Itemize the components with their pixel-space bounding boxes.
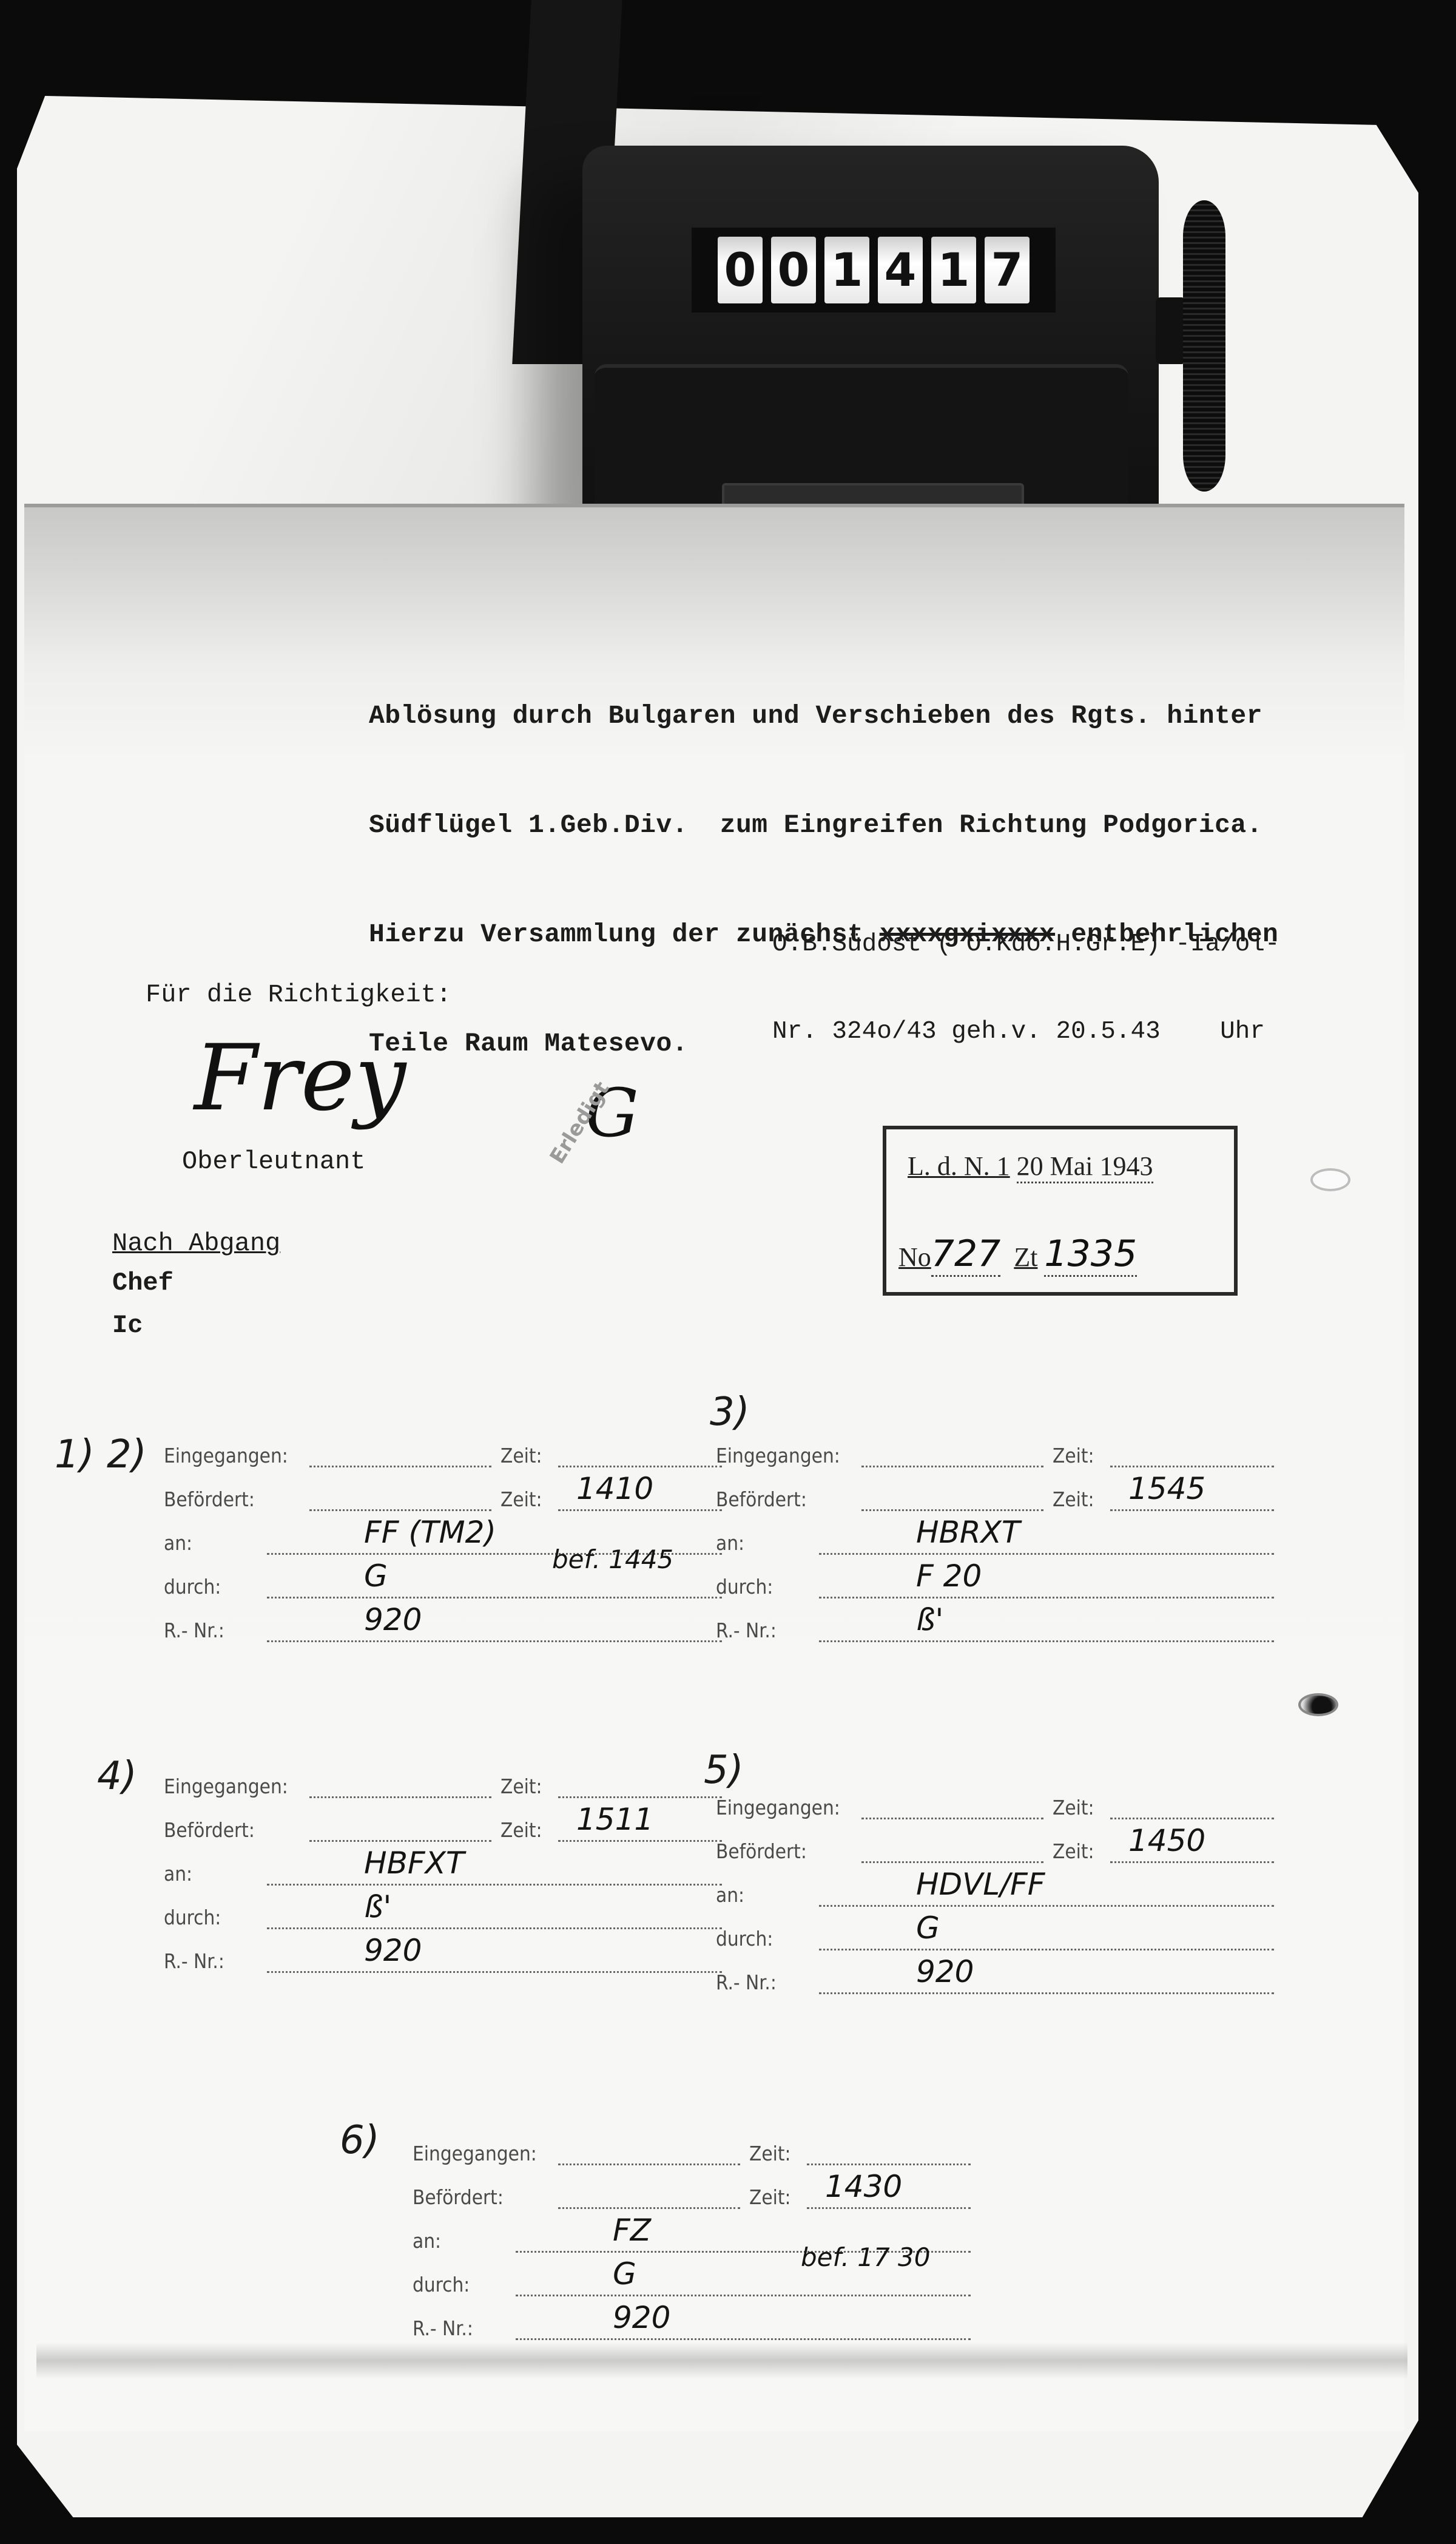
slip-label: Befördert:	[164, 1818, 255, 1842]
slip-row-rnr: R.- Nr.:920	[164, 1613, 728, 1649]
signature: Frey	[194, 1026, 406, 1131]
slip-rule	[309, 1466, 491, 1467]
stamp-date-row: L. d. N. 1 20 Mai 1943	[908, 1151, 1153, 1183]
slip-rule	[558, 2207, 740, 2209]
slip-value: 920	[364, 1602, 422, 1637]
punch-hole	[1298, 1693, 1338, 1716]
slip-rule	[267, 1884, 722, 1886]
slip-row-forwarded: Befördert:Zeit:1511	[164, 1813, 728, 1849]
routing-slip: Eingegangen:Zeit:Befördert:Zeit:1410an:F…	[164, 1438, 728, 1663]
slip-row-by: durch:F 20	[716, 1569, 1280, 1606]
counter-knob	[1183, 200, 1225, 492]
slip-value: ß'	[916, 1602, 943, 1637]
registry-stamp: L. d. N. 1 20 Mai 1943 No727 Zt 1335	[883, 1126, 1238, 1296]
slip-row-by: durch:ß'	[164, 1900, 728, 1937]
counter-digit: 0	[771, 237, 816, 303]
slip-rule	[309, 1509, 491, 1511]
slip-label: R.- Nr.:	[716, 1971, 777, 1994]
slip-number: 1) 2)	[55, 1432, 147, 1477]
attestation-label: Für die Richtigkeit:	[146, 980, 451, 1009]
slip-rule	[819, 1992, 1274, 1994]
slip-row-rnr: R.- Nr.:ß'	[716, 1613, 1280, 1649]
slip-value: HBFXT	[364, 1845, 464, 1881]
slip-label: R.- Nr.:	[716, 1619, 777, 1642]
slip-row-forwarded: Befördert:Zeit:1450	[716, 1834, 1280, 1870]
slip-value: 920	[916, 1954, 974, 1989]
stamp-zt-label: Zt	[1014, 1242, 1037, 1272]
slip-rule	[1110, 1509, 1274, 1511]
slip-time-label: Zeit:	[1053, 1487, 1094, 1511]
stamp-zt-value: 1335	[1044, 1233, 1137, 1277]
slip-number: 5)	[704, 1748, 744, 1793]
slip-number: 4)	[97, 1754, 137, 1799]
slip-rule	[819, 1553, 1274, 1555]
slip-value: 920	[613, 2300, 670, 2335]
counter-digit: 1	[931, 237, 976, 303]
slip-number: 6)	[340, 2118, 380, 2163]
slip-label: Befördert:	[164, 1487, 255, 1511]
slip-rule	[807, 2207, 971, 2209]
slip-row-by: durch:G	[413, 2267, 977, 2304]
slip-rule	[819, 1949, 1274, 1950]
slip-rule	[558, 1509, 722, 1511]
slip-rule	[819, 1905, 1274, 1907]
slip-row-received: Eingegangen:Zeit:	[716, 1790, 1280, 1827]
slip-row-forwarded: Befördert:Zeit:1410	[164, 1482, 728, 1518]
slip-row-received: Eingegangen:Zeit:	[716, 1438, 1280, 1475]
slip-value: HBRXT	[916, 1515, 1020, 1550]
slip-label: Befördert:	[716, 1487, 807, 1511]
stamp-date: 20 Mai 1943	[1017, 1151, 1153, 1183]
slip-row-rnr: R.- Nr.:920	[716, 1965, 1280, 2001]
slip-label: durch:	[164, 1906, 221, 1929]
slip-rule	[516, 2338, 971, 2340]
slip-label: Befördert:	[413, 2185, 504, 2209]
slip-value: FZ	[613, 2213, 651, 2248]
slip-label: an:	[164, 1862, 192, 1886]
slip-rule	[558, 1466, 722, 1467]
slip-value: F 20	[916, 1558, 982, 1594]
slip-time-label: Zeit:	[1053, 1839, 1094, 1863]
counter-digit: 4	[878, 237, 923, 303]
reference-line: Nr. 324o/43 geh.v. 20.5.43 Uhr	[772, 1017, 1280, 1046]
slip-time-value: 1450	[1128, 1823, 1205, 1858]
slip-rule	[819, 1597, 1274, 1598]
reference-line: O.B.Südost ( O.Kdo.H.Gr.E) -Ia/ol-	[772, 930, 1280, 959]
slip-label: an:	[716, 1531, 744, 1555]
counter-base	[595, 364, 1128, 526]
slip-rule	[861, 1818, 1043, 1819]
slip-label: durch:	[413, 2273, 470, 2296]
slip-rule	[309, 1796, 491, 1798]
slip-row-by: durch:G	[716, 1921, 1280, 1958]
slip-rule	[267, 1971, 722, 1973]
slip-value: G	[916, 1910, 940, 1946]
frame-counter-device: 0 0 1 4 1 7	[582, 146, 1159, 534]
slip-rule	[1110, 1861, 1274, 1863]
slip-value: HDVL/FF	[916, 1867, 1045, 1902]
slip-row-rnr: R.- Nr.:920	[413, 2311, 977, 2347]
slip-row-rnr: R.- Nr.:920	[164, 1944, 728, 1980]
stamp-no-label: No	[898, 1242, 931, 1272]
slip-time-value: 1410	[576, 1471, 653, 1506]
stamp-office: L. d. N. 1	[908, 1151, 1010, 1181]
slip-time-value: 1430	[825, 2169, 902, 2204]
routing-slip: Eingegangen:Zeit:Befördert:Zeit:1430an:F…	[413, 2136, 977, 2361]
slip-label: R.- Nr.:	[164, 1619, 224, 1642]
slip-time-label: Zeit:	[749, 2142, 791, 2165]
routing-slip: Eingegangen:Zeit:Befördert:Zeit:1450an:H…	[716, 1790, 1280, 2015]
slip-label: durch:	[716, 1927, 773, 1950]
slip-value: ß'	[364, 1889, 391, 1924]
slip-rule	[1110, 1818, 1274, 1819]
stamp-number-row: No727 Zt 1335	[898, 1233, 1137, 1277]
slip-row-to: an:FF (TM2)bef. 1445	[164, 1526, 728, 1562]
counter-digit: 7	[985, 237, 1030, 303]
slip-label: Eingegangen:	[716, 1796, 840, 1819]
slip-rule	[309, 1840, 491, 1842]
slip-time-label: Zeit:	[500, 1444, 542, 1467]
slip-rule	[516, 2295, 971, 2296]
slip-rule	[267, 1597, 722, 1598]
distribution-item: Chef	[112, 1268, 174, 1297]
slip-row-by: durch:G	[164, 1569, 728, 1606]
slip-rule	[267, 1927, 722, 1929]
slip-time-label: Zeit:	[749, 2185, 791, 2209]
slip-rule	[558, 2163, 740, 2165]
reference-block: O.B.Südost ( O.Kdo.H.Gr.E) -Ia/ol- Nr. 3…	[772, 871, 1280, 1075]
routing-slip: Eingegangen:Zeit:Befördert:Zeit:1545an:H…	[716, 1438, 1280, 1663]
routing-slip: Eingegangen:Zeit:Befördert:Zeit:1511an:H…	[164, 1769, 728, 1994]
body-line: Ablösung durch Bulgaren und Verschieben …	[369, 698, 1278, 734]
counter-digit: 1	[824, 237, 869, 303]
slip-time-label: Zeit:	[500, 1818, 542, 1842]
slip-rule	[861, 1861, 1043, 1863]
slip-rule	[861, 1466, 1043, 1467]
slip-value: FF (TM2)	[364, 1515, 496, 1550]
slip-rule	[558, 1796, 722, 1798]
slip-number: 3)	[710, 1390, 750, 1435]
slip-rule	[558, 1840, 722, 1842]
slip-rule	[1110, 1466, 1274, 1467]
slip-label: Eingegangen:	[716, 1444, 840, 1467]
slip-label: Eingegangen:	[164, 1774, 288, 1798]
distribution-item: Ic	[112, 1311, 143, 1340]
counter-digit: 0	[718, 237, 763, 303]
slip-row-forwarded: Befördert:Zeit:1430	[413, 2180, 977, 2216]
slip-label: Befördert:	[716, 1839, 807, 1863]
slip-row-to: an:FZbef. 17 30	[413, 2224, 977, 2260]
slip-row-to: an:HDVL/FF	[716, 1878, 1280, 1914]
slip-time-value: 1545	[1128, 1471, 1205, 1506]
distribution-heading: Nach Abgang	[112, 1229, 280, 1258]
punch-hole	[1310, 1168, 1350, 1191]
slip-label: an:	[164, 1531, 192, 1555]
slip-label: R.- Nr.:	[413, 2316, 473, 2340]
slip-row-forwarded: Befördert:Zeit:1545	[716, 1482, 1280, 1518]
slip-rule	[267, 1640, 722, 1642]
slip-label: Eingegangen:	[413, 2142, 537, 2165]
slip-value: 920	[364, 1933, 422, 1968]
slip-label: R.- Nr.:	[164, 1949, 224, 1973]
slip-time-value: 1511	[576, 1802, 653, 1837]
slip-label: an:	[716, 1883, 744, 1907]
slip-rule	[819, 1640, 1274, 1642]
slip-row-to: an:HBFXT	[164, 1856, 728, 1893]
slip-row-received: Eingegangen:Zeit:	[413, 2136, 977, 2173]
slip-label: durch:	[716, 1575, 773, 1598]
slip-label: an:	[413, 2229, 441, 2253]
body-line: Südflügel 1.Geb.Div. zum Eingreifen Rich…	[369, 807, 1278, 844]
slip-time-label: Zeit:	[500, 1487, 542, 1511]
slip-label: Eingegangen:	[164, 1444, 288, 1467]
knob-axle	[1156, 297, 1186, 364]
stamp-no-value: 727	[931, 1233, 1001, 1277]
slip-time-label: Zeit:	[1053, 1444, 1094, 1467]
slip-value: G	[364, 1558, 388, 1594]
counter-display: 0 0 1 4 1 7	[692, 228, 1056, 313]
slip-label: durch:	[164, 1575, 221, 1598]
slip-time-label: Zeit:	[1053, 1796, 1094, 1819]
slip-row-received: Eingegangen:Zeit:	[164, 1769, 728, 1805]
slip-row-to: an:HBRXT	[716, 1526, 1280, 1562]
slip-rule	[807, 2163, 971, 2165]
slip-rule	[861, 1509, 1043, 1511]
slip-time-label: Zeit:	[500, 1774, 542, 1798]
slip-row-received: Eingegangen:Zeit:	[164, 1438, 728, 1475]
slip-value: G	[613, 2256, 636, 2292]
rank-label: Oberleutnant	[182, 1147, 365, 1176]
